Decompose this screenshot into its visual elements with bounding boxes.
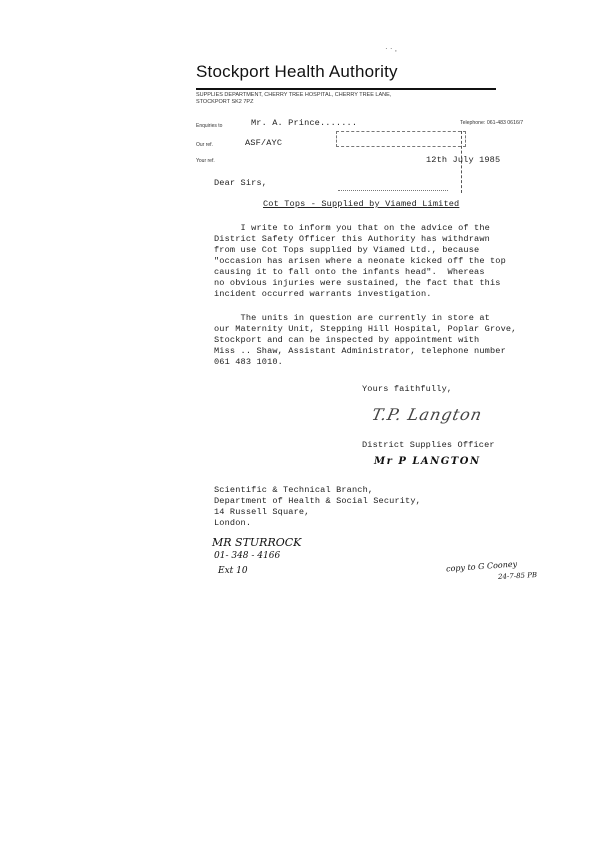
paragraph-line: no obvious injuries were sustained, the … <box>214 278 506 289</box>
paragraph-1: I write to inform you that on the advice… <box>214 223 506 300</box>
corner-mark: · · , <box>385 44 397 53</box>
received-stamp <box>336 131 466 147</box>
paragraph-line: our Maternity Unit, Stepping Hill Hospit… <box>214 324 517 335</box>
handwritten-contact-name: MR STURROCK <box>212 536 301 549</box>
closing: Yours faithfully, <box>362 384 452 395</box>
recipient-address: Scientific & Technical Branch, Departmen… <box>214 485 421 529</box>
address-line: Department of Health & Social Security, <box>214 496 421 507</box>
address-line: London. <box>214 518 421 529</box>
telephone: Telephone: 061-483 0616/7 <box>460 120 523 126</box>
paragraph-line: "occasion has arisen where a neonate kic… <box>214 256 506 267</box>
paragraph-line: Miss .. Shaw, Assistant Administrator, t… <box>214 346 517 357</box>
address-line: Scientific & Technical Branch, <box>214 485 421 496</box>
paragraph-line: causing it to fall onto the infants head… <box>214 267 506 278</box>
handwritten-contact-ext: Ext 10 <box>218 566 248 576</box>
handwritten-contact-phone: 01- 348 - 4166 <box>214 551 280 561</box>
signature: T.P. Langton <box>370 405 484 424</box>
paragraph-line: 061 483 1010. <box>214 357 517 368</box>
enquiries-label: Enquiries to <box>196 123 222 129</box>
organisation-title: Stockport Health Authority <box>196 62 398 82</box>
handwritten-note-line-2: 24-7-85 PB <box>498 571 537 581</box>
paragraph-2: The units in question are currently in s… <box>214 313 517 368</box>
paragraph-line: I write to inform you that on the advice… <box>214 223 506 234</box>
paragraph-line: District Safety Officer this Authority h… <box>214 234 506 245</box>
paragraph-line: incident occurred warrants investigation… <box>214 289 506 300</box>
paragraph-line: Stockport and can be inspected by appoin… <box>214 335 517 346</box>
signatory-name-handwritten: Mr P LANGTON <box>374 456 481 467</box>
address-line: 14 Russell Square, <box>214 507 421 518</box>
subject-line: Cot Tops - Supplied by Viamed Limited <box>263 199 459 210</box>
your-ref-label: Your ref. <box>196 158 215 164</box>
handwritten-note-line-1: copy to G Cooney <box>446 560 518 574</box>
stamp-dotted-line <box>338 190 448 191</box>
enquiries-value: Mr. A. Prince....... <box>251 118 357 129</box>
signatory-title: District Supplies Officer <box>362 440 495 451</box>
letter-date: 12th July 1985 <box>426 155 500 166</box>
salutation: Dear Sirs, <box>214 178 267 189</box>
address-line-1: SUPPLIES DEPARTMENT, CHERRY TREE HOSPITA… <box>196 92 391 98</box>
paragraph-line: from use Cot Tops supplied by Viamed Ltd… <box>214 245 506 256</box>
our-ref-value: ASF/AYC <box>245 138 282 149</box>
our-ref-label: Our ref. <box>196 142 213 148</box>
address-line-2: STOCKPORT SK2 7PZ <box>196 99 253 105</box>
paragraph-line: The units in question are currently in s… <box>214 313 517 324</box>
letterhead-rule <box>196 88 496 90</box>
